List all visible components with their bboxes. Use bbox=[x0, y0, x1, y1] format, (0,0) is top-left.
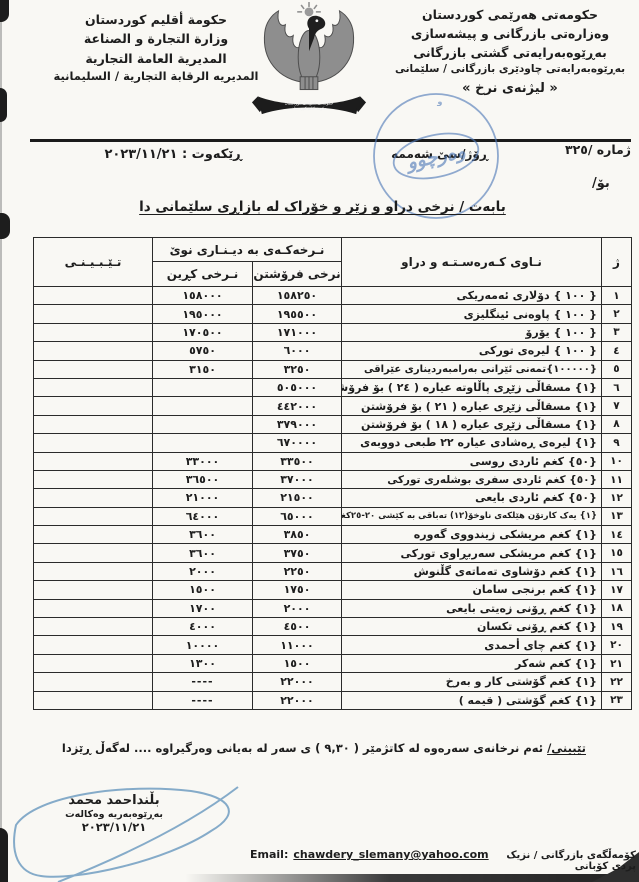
scan-artifact bbox=[185, 874, 639, 882]
row-note bbox=[34, 581, 153, 599]
buy-price: ١٣٠٠ bbox=[153, 654, 253, 672]
item-name: {١} كغم برنجی سامان bbox=[342, 581, 602, 599]
emblem-banner-text-2: حكومة اقليم كوردستان bbox=[291, 107, 327, 111]
item-name: {١} كغم مریشكی زیندووی گەورە bbox=[342, 526, 602, 544]
item-name: {١} كغم چای أحمدی bbox=[342, 636, 602, 654]
sell-price: ٦٧٠٠٠٠ bbox=[253, 434, 342, 452]
row-note bbox=[34, 415, 153, 433]
item-name: {١} كغم گۆشتی كار و بەرخ bbox=[342, 673, 602, 691]
sell-price: ٢١٥٠٠ bbox=[253, 489, 342, 507]
item-name: {١} كغم مریشكی سەربڕاوی توركی bbox=[342, 544, 602, 562]
table-row: ١٠ {٥٠} كغم ئاردی روسی ٣٣٥٠٠ ٣٣٠٠٠ bbox=[34, 452, 632, 470]
document-title: بابەت / نرخی دراو و زێر و خۆراک لە بازاڕ… bbox=[70, 199, 575, 215]
row-number: ٦ bbox=[602, 378, 632, 396]
row-number: ٥ bbox=[602, 360, 632, 378]
item-name: {١} كغم دۆشاوی تەماتەی گڵنوش bbox=[342, 562, 602, 580]
sell-price: ٣٣٥٠٠ bbox=[253, 452, 342, 470]
row-note bbox=[34, 489, 153, 507]
col-header-sell-price: نرخی فرۆشتن bbox=[253, 262, 342, 287]
footnote-text: ئەم نرخانەی سەرەوە لە كاتژمێر ( ٩,٣٠ ) ی… bbox=[62, 741, 547, 755]
item-name: {١} كغم گۆشتی ( قیمە ) bbox=[342, 691, 602, 709]
table-header-row: ژ نـاوی كـەرەسـتـە و دراو نـرخەكـەی بە د… bbox=[34, 238, 632, 262]
price-table-body: ١ { ١٠٠ } دۆلاری ئەمەریكی ١٥٨٢٥٠ ١٥٨٠٠٠ … bbox=[34, 287, 632, 710]
row-number: ٢١ bbox=[602, 654, 632, 672]
col-header-no: ژ bbox=[602, 238, 632, 287]
buy-price bbox=[153, 378, 253, 396]
ministry-line: وزارة التجارة و الصناعة bbox=[28, 29, 284, 48]
gov-line: حكومەتی هەرێمی كوردستان bbox=[388, 6, 632, 25]
row-number: ٢٢ bbox=[602, 673, 632, 691]
sell-price: ٥٠٥٠٠٠ bbox=[253, 378, 342, 396]
table-row: ٣ { ١٠٠ } یۆرۆ ١٧١٠٠٠ ١٧٠٥٠٠ bbox=[34, 323, 632, 341]
signatory-date: ٢٠٢٣/١١/٢١ bbox=[34, 820, 194, 834]
item-name: {١} كغم ڕۆنی زەیتی بایعی bbox=[342, 599, 602, 617]
row-note bbox=[34, 342, 153, 360]
table-row: ١٨ {١} كغم ڕۆنی زەیتی بایعی ٢٠٠٠ ١٧٠٠ bbox=[34, 599, 632, 617]
signatory: بڵنداحمد محمد بەڕێوەبەریە وەكالەت ٢٠٢٣/١… bbox=[34, 793, 194, 834]
row-note bbox=[34, 636, 153, 654]
sell-price: ٤٥٠٠ bbox=[253, 618, 342, 636]
row-number: ٤ bbox=[602, 342, 632, 360]
signatory-name: بڵنداحمد محمد bbox=[34, 793, 194, 808]
buy-price: ١٥٠٠ bbox=[153, 581, 253, 599]
table-row: ١٣ {١} یەک كارتۆن هێلكەی ناوخۆ(١٢) تەباق… bbox=[34, 507, 632, 525]
buy-price: ١٠٠٠٠ bbox=[153, 636, 253, 654]
row-note bbox=[34, 287, 153, 305]
row-note bbox=[34, 691, 153, 709]
sell-price: ٣٧٩٠٠٠ bbox=[253, 415, 342, 433]
row-note bbox=[34, 323, 153, 341]
header-kurdish-block: حكومەتی هەرێمی كوردستان وەزارەتی بازرگان… bbox=[388, 6, 632, 99]
sell-price: ٢٠٠٠ bbox=[253, 599, 342, 617]
item-name: { ١٠٠ } پاوەنی ئینگلیزی bbox=[342, 305, 602, 323]
approval-stamp-icon: وەزارەتی بازرگانی و پیشەسازی ٭ بەڕێوەبەر… bbox=[350, 86, 522, 238]
price-table: ژ نـاوی كـەرەسـتـە و دراو نـرخەكـەی بە د… bbox=[33, 237, 632, 710]
row-note bbox=[34, 434, 153, 452]
sell-price: ٣٧٠٠٠ bbox=[253, 470, 342, 488]
krg-emblem-icon: حكومەتی هەرێمی كوردستان حكومة اقليم كورد… bbox=[250, 2, 368, 124]
buy-price: ---- bbox=[153, 673, 253, 691]
item-name: {١} یەک كارتۆن هێلكەی ناوخۆ(١٢) تەباقی ب… bbox=[342, 507, 602, 525]
item-name: {١} مسقاڵی زێڕی عیارە ( ١٨ ) بۆ فرۆشتن bbox=[342, 415, 602, 433]
table-row: ١٧ {١} كغم برنجی سامان ١٧٥٠ ١٥٠٠ bbox=[34, 581, 632, 599]
row-number: ١ bbox=[602, 287, 632, 305]
buy-price bbox=[153, 415, 253, 433]
table-row: ٢٣ {١} كغم گۆشتی ( قیمە ) ٢٢٠٠٠ ---- bbox=[34, 691, 632, 709]
item-name: { ١٠٠ } یۆرۆ bbox=[342, 323, 602, 341]
price-committee-line: « لیژنەی نرخ » bbox=[388, 79, 632, 99]
item-name: {١} كغم ڕۆنی تكسان bbox=[342, 618, 602, 636]
row-number: ١٦ bbox=[602, 562, 632, 580]
row-number: ١٥ bbox=[602, 544, 632, 562]
buy-price: ٢١٠٠٠ bbox=[153, 489, 253, 507]
table-row: ١٩ {١} كغم ڕۆنی تكسان ٤٥٠٠ ٤٠٠٠ bbox=[34, 618, 632, 636]
header-divider bbox=[30, 139, 631, 142]
sell-price: ١٥٨٢٥٠ bbox=[253, 287, 342, 305]
buy-price: ٢٠٠٠ bbox=[153, 562, 253, 580]
buy-price: ٥٧٥٠ bbox=[153, 342, 253, 360]
sub-directorate-line: المديريه الرقابة التجارية / السليمانية bbox=[28, 68, 284, 86]
row-note bbox=[34, 654, 153, 672]
col-header-notes: تـێـبـيـنـی bbox=[34, 238, 153, 287]
signatory-title: بەڕێوەبەریە وەكالەت bbox=[34, 809, 194, 820]
sell-price: ٢٢٥٠ bbox=[253, 562, 342, 580]
to-label: بۆ/ bbox=[592, 176, 610, 191]
item-name: {١} لیرەی ڕەشادی عیارە ٢٢ طبعی دووبەی bbox=[342, 434, 602, 452]
col-header-price-group: نـرخەكـەی بە ديـنـاری نوێ bbox=[153, 238, 342, 262]
sell-price: ٢٢٠٠٠ bbox=[253, 691, 342, 709]
buy-price: ٦٤٠٠٠ bbox=[153, 507, 253, 525]
gov-line: حكومة أقليم كوردستان bbox=[28, 10, 284, 29]
item-name: {١٠٠٠٠٠}تمەنی ئێرانی بەرامبەردیناری عێرا… bbox=[342, 360, 602, 378]
directorate-line: بەڕێوەبەرایەتی گشتی بازرگانی bbox=[388, 44, 632, 63]
sell-price: ٦٥٠٠٠ bbox=[253, 507, 342, 525]
sell-price: ١٩٥٥٠٠ bbox=[253, 305, 342, 323]
table-row: ١٤ {١} كغم مریشكی زیندووی گەورە ٣٨٥٠ ٣٦٠… bbox=[34, 526, 632, 544]
item-name: {٥٠} كغم ئاردی بایعی bbox=[342, 489, 602, 507]
row-note bbox=[34, 360, 153, 378]
scanned-price-list-document: حكومة أقليم كوردستان وزارة التجارة و الص… bbox=[0, 0, 639, 882]
document-number: ژمارە /٣٢٥ bbox=[543, 142, 631, 157]
table-row: ٩ {١} لیرەی ڕەشادی عیارە ٢٢ طبعی دووبەی … bbox=[34, 434, 632, 452]
table-row: ٧ {١} مسقاڵی زێڕی عیارە ( ٢١ ) بۆ فرۆشتن… bbox=[34, 397, 632, 415]
buy-price: ٤٠٠٠ bbox=[153, 618, 253, 636]
signature-block: بڵنداحمد محمد بەڕێوەبەریە وەكالەت ٢٠٢٣/١… bbox=[6, 783, 246, 882]
row-number: ١٤ bbox=[602, 526, 632, 544]
row-note bbox=[34, 470, 153, 488]
row-note bbox=[34, 599, 153, 617]
sell-price: ٢٢٠٠٠ bbox=[253, 673, 342, 691]
sell-price: ٤٤٢٠٠٠ bbox=[253, 397, 342, 415]
buy-price bbox=[153, 397, 253, 415]
table-row: ١١ {٥٠} كغم ئاردی سفری بوشلەری توركی ٣٧٠… bbox=[34, 470, 632, 488]
item-name: {١} مسقاڵی زێڕی عیارە ( ٢١ ) بۆ فرۆشتن bbox=[342, 397, 602, 415]
item-name: {١} مسقاڵی زێڕی پاڵاوتە عیارە ( ٢٤ ) بۆ … bbox=[342, 378, 602, 396]
col-header-buy-price: نـرخی كڕین bbox=[153, 262, 253, 287]
scan-artifact bbox=[0, 88, 7, 122]
table-row: ١٢ {٥٠} كغم ئاردی بایعی ٢١٥٠٠ ٢١٠٠٠ bbox=[34, 489, 632, 507]
scan-edge-line bbox=[0, 0, 2, 882]
buy-price: ٣٦٠٠ bbox=[153, 544, 253, 562]
row-number: ١٨ bbox=[602, 599, 632, 617]
buy-price: ٣٦٠٠ bbox=[153, 526, 253, 544]
row-number: ١٢ bbox=[602, 489, 632, 507]
item-name: {٥٠} كغم ئاردی روسی bbox=[342, 452, 602, 470]
table-row: ٢٠ {١} كغم چای أحمدی ١١٠٠٠ ١٠٠٠٠ bbox=[34, 636, 632, 654]
row-number: ١٣ bbox=[602, 507, 632, 525]
item-name: {١} كغم شەكر bbox=[342, 654, 602, 672]
table-row: ٦ {١} مسقاڵی زێڕی پاڵاوتە عیارە ( ٢٤ ) ب… bbox=[34, 378, 632, 396]
buy-price: ١٧٠٥٠٠ bbox=[153, 323, 253, 341]
item-name: { ١٠٠ } دۆلاری ئەمەریكی bbox=[342, 287, 602, 305]
buy-price: ١٩٥٠٠٠ bbox=[153, 305, 253, 323]
document-date: ڕێكەوت : ٢٠٢٣/١١/٢١ bbox=[62, 147, 242, 162]
row-note bbox=[34, 618, 153, 636]
row-number: ١٩ bbox=[602, 618, 632, 636]
row-note bbox=[34, 562, 153, 580]
sell-price: ٣٧٥٠ bbox=[253, 544, 342, 562]
table-row: ٥ {١٠٠٠٠٠}تمەنی ئێرانی بەرامبەردیناری عێ… bbox=[34, 360, 632, 378]
emblem-banner-text: حكومەتی هەرێمی كوردستان bbox=[285, 100, 334, 105]
table-row: ٢١ {١} كغم شەكر ١٥٠٠ ١٣٠٠ bbox=[34, 654, 632, 672]
ministry-line: وەزارەتی بازرگانی و پیشەسازی bbox=[388, 25, 632, 44]
sub-directorate-line: بەڕێوەبەرایەتی چاودێری بازرگانی / سلێمان… bbox=[388, 62, 632, 78]
row-note bbox=[34, 673, 153, 691]
footer-contact-line: Email: chawdery_slemany@yahoo.com كۆمەڵگ… bbox=[250, 848, 636, 872]
sell-price: ٦٠٠٠ bbox=[253, 342, 342, 360]
sell-price: ١٥٠٠ bbox=[253, 654, 342, 672]
table-row: ١٥ {١} كغم مریشكی سەربڕاوی توركی ٣٧٥٠ ٣٦… bbox=[34, 544, 632, 562]
row-note bbox=[34, 452, 153, 470]
table-row: ٨ {١} مسقاڵی زێڕی عیارە ( ١٨ ) بۆ فرۆشتن… bbox=[34, 415, 632, 433]
row-note bbox=[34, 305, 153, 323]
buy-price: ---- bbox=[153, 691, 253, 709]
sell-price: ١٧١٠٠٠ bbox=[253, 323, 342, 341]
table-row: ١ { ١٠٠ } دۆلاری ئەمەریكی ١٥٨٢٥٠ ١٥٨٠٠٠ bbox=[34, 287, 632, 305]
sell-price: ٣٨٥٠ bbox=[253, 526, 342, 544]
row-note bbox=[34, 544, 153, 562]
row-note bbox=[34, 397, 153, 415]
item-name: {٥٠} كغم ئاردی سفری بوشلەری توركی bbox=[342, 470, 602, 488]
row-note bbox=[34, 507, 153, 525]
col-header-item-name: نـاوی كـەرەسـتـە و دراو bbox=[342, 238, 602, 287]
buy-price: ١٥٨٠٠٠ bbox=[153, 287, 253, 305]
scan-artifact bbox=[0, 0, 9, 22]
sell-price: ١١٠٠٠ bbox=[253, 636, 342, 654]
table-row: ٢٢ {١} كغم گۆشتی كار و بەرخ ٢٢٠٠٠ ---- bbox=[34, 673, 632, 691]
row-number: ٧ bbox=[602, 397, 632, 415]
row-note bbox=[34, 378, 153, 396]
email-address: chawdery_slemany@yahoo.com bbox=[293, 848, 488, 861]
sell-price: ٣٢٥٠ bbox=[253, 360, 342, 378]
row-number: ٩ bbox=[602, 434, 632, 452]
row-number: ٢ bbox=[602, 305, 632, 323]
row-number: ٨ bbox=[602, 415, 632, 433]
row-note bbox=[34, 526, 153, 544]
row-number: ١١ bbox=[602, 470, 632, 488]
buy-price: ٣٣٠٠٠ bbox=[153, 452, 253, 470]
buy-price: ٣٦٥٠٠ bbox=[153, 470, 253, 488]
table-row: ٢ { ١٠٠ } پاوەنی ئینگلیزی ١٩٥٥٠٠ ١٩٥٠٠٠ bbox=[34, 305, 632, 323]
table-row: ٤ { ١٠٠ } لیرەی توركی ٦٠٠٠ ٥٧٥٠ bbox=[34, 342, 632, 360]
buy-price: ١٧٠٠ bbox=[153, 599, 253, 617]
footnote-label: تێبینی/ bbox=[547, 741, 586, 755]
footnote: تێبینی/ ئەم نرخانەی سەرەوە لە كاتژمێر ( … bbox=[40, 741, 586, 755]
directorate-line: المديرية العامة التجارية bbox=[28, 49, 284, 68]
scan-artifact bbox=[0, 213, 10, 239]
item-name: { ١٠٠ } لیرەی توركی bbox=[342, 342, 602, 360]
buy-price bbox=[153, 434, 253, 452]
buy-price: ٣١٥٠ bbox=[153, 360, 253, 378]
row-number: ٢٠ bbox=[602, 636, 632, 654]
sell-price: ١٧٥٠ bbox=[253, 581, 342, 599]
row-number: ٢٣ bbox=[602, 691, 632, 709]
row-number: ١٠ bbox=[602, 452, 632, 470]
email-label: Email: bbox=[250, 848, 288, 861]
document-day: ڕۆژ/سێ شەممە bbox=[388, 147, 488, 161]
row-number: ١٧ bbox=[602, 581, 632, 599]
header-arabic-block: حكومة أقليم كوردستان وزارة التجارة و الص… bbox=[28, 10, 284, 86]
office-address: كۆمەڵگەی بازرگانی / نزیک پردی كۆبانی bbox=[494, 850, 636, 872]
row-number: ٣ bbox=[602, 323, 632, 341]
table-row: ١٦ {١} كغم دۆشاوی تەماتەی گڵنوش ٢٢٥٠ ٢٠٠… bbox=[34, 562, 632, 580]
